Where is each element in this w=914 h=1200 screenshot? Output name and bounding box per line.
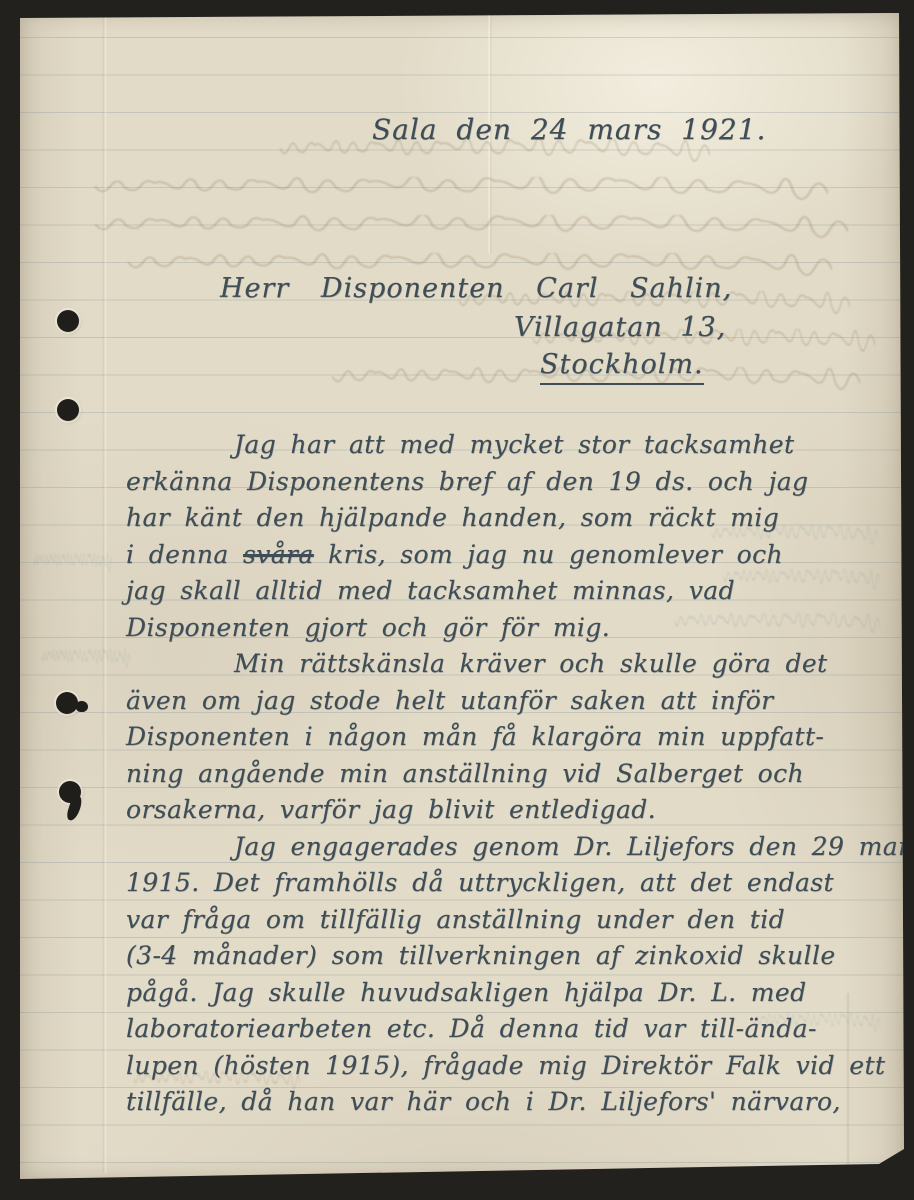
body-line: tillfälle, då han var här och i Dr. Lilj… (126, 1084, 876, 1121)
recipient-street: Villagatan 13, (514, 312, 726, 343)
body-line: även om jag stode helt utanför saken att… (126, 683, 876, 720)
body-line: 1915. Det framhölls då uttryckligen, att… (126, 865, 876, 902)
body-line: ning angående min anställning vid Salber… (126, 756, 876, 793)
body-line: (3-4 månader) som tillverkningen af zink… (126, 938, 876, 975)
dateline: Sala den 24 mars 1921. (372, 113, 766, 146)
body-line: orsakerna, varför jag blivit entledigad. (126, 792, 876, 829)
body-line: har känt den hjälpande handen, som räckt… (126, 500, 876, 537)
body-line: laboratoriearbeten etc. Då denna tid var… (126, 1011, 876, 1048)
body-line: var fråga om tillfällig anställning unde… (126, 902, 876, 939)
body-line: Disponenten gjort och gör för mig. (126, 610, 876, 647)
struck-word: svåra (243, 540, 314, 569)
ink-bleedthrough (32, 553, 112, 577)
recipient-name: Herr Disponenten Carl Sahlin, (220, 273, 732, 304)
letter-body: Jag har att med mycket stor tacksamhet e… (126, 427, 876, 1121)
recipient-city-underlined: Stockholm. (540, 349, 704, 385)
punch-hole (57, 399, 79, 421)
body-line: Disponenten i någon mån få klargöra min … (126, 719, 876, 756)
letter-sheet: Sala den 24 mars 1921. Herr Disponenten … (20, 13, 904, 1179)
ink-bleedthrough (78, 177, 828, 207)
paper-crease (102, 13, 107, 1173)
body-line: lupen (hösten 1915), frågade mig Direktö… (126, 1048, 876, 1085)
body-text: kris, som jag nu genomlever och (314, 540, 783, 569)
body-line-with-strikethrough: i denna svåra kris, som jag nu genomleve… (126, 537, 876, 574)
body-line: pågå. Jag skulle huvudsakligen hjälpa Dr… (126, 975, 876, 1012)
body-line: erkänna Disponentens bref af den 19 ds. … (126, 464, 876, 501)
ink-bleedthrough (78, 215, 848, 245)
body-line: Jag engagerades genom Dr. Liljefors den … (126, 829, 876, 866)
body-line: Min rättskänsla kräver och skulle göra d… (126, 646, 876, 683)
punch-hole-torn (59, 781, 81, 803)
punch-hole-torn (56, 692, 78, 714)
body-text: i denna (126, 540, 243, 569)
ink-bleedthrough (40, 649, 130, 673)
scanned-letter-page: Sala den 24 mars 1921. Herr Disponenten … (0, 0, 914, 1200)
punch-hole (57, 310, 79, 332)
body-line: jag skall alltid med tacksamhet minnas, … (126, 573, 876, 610)
body-line: Jag har att med mycket stor tacksamhet (126, 427, 876, 464)
